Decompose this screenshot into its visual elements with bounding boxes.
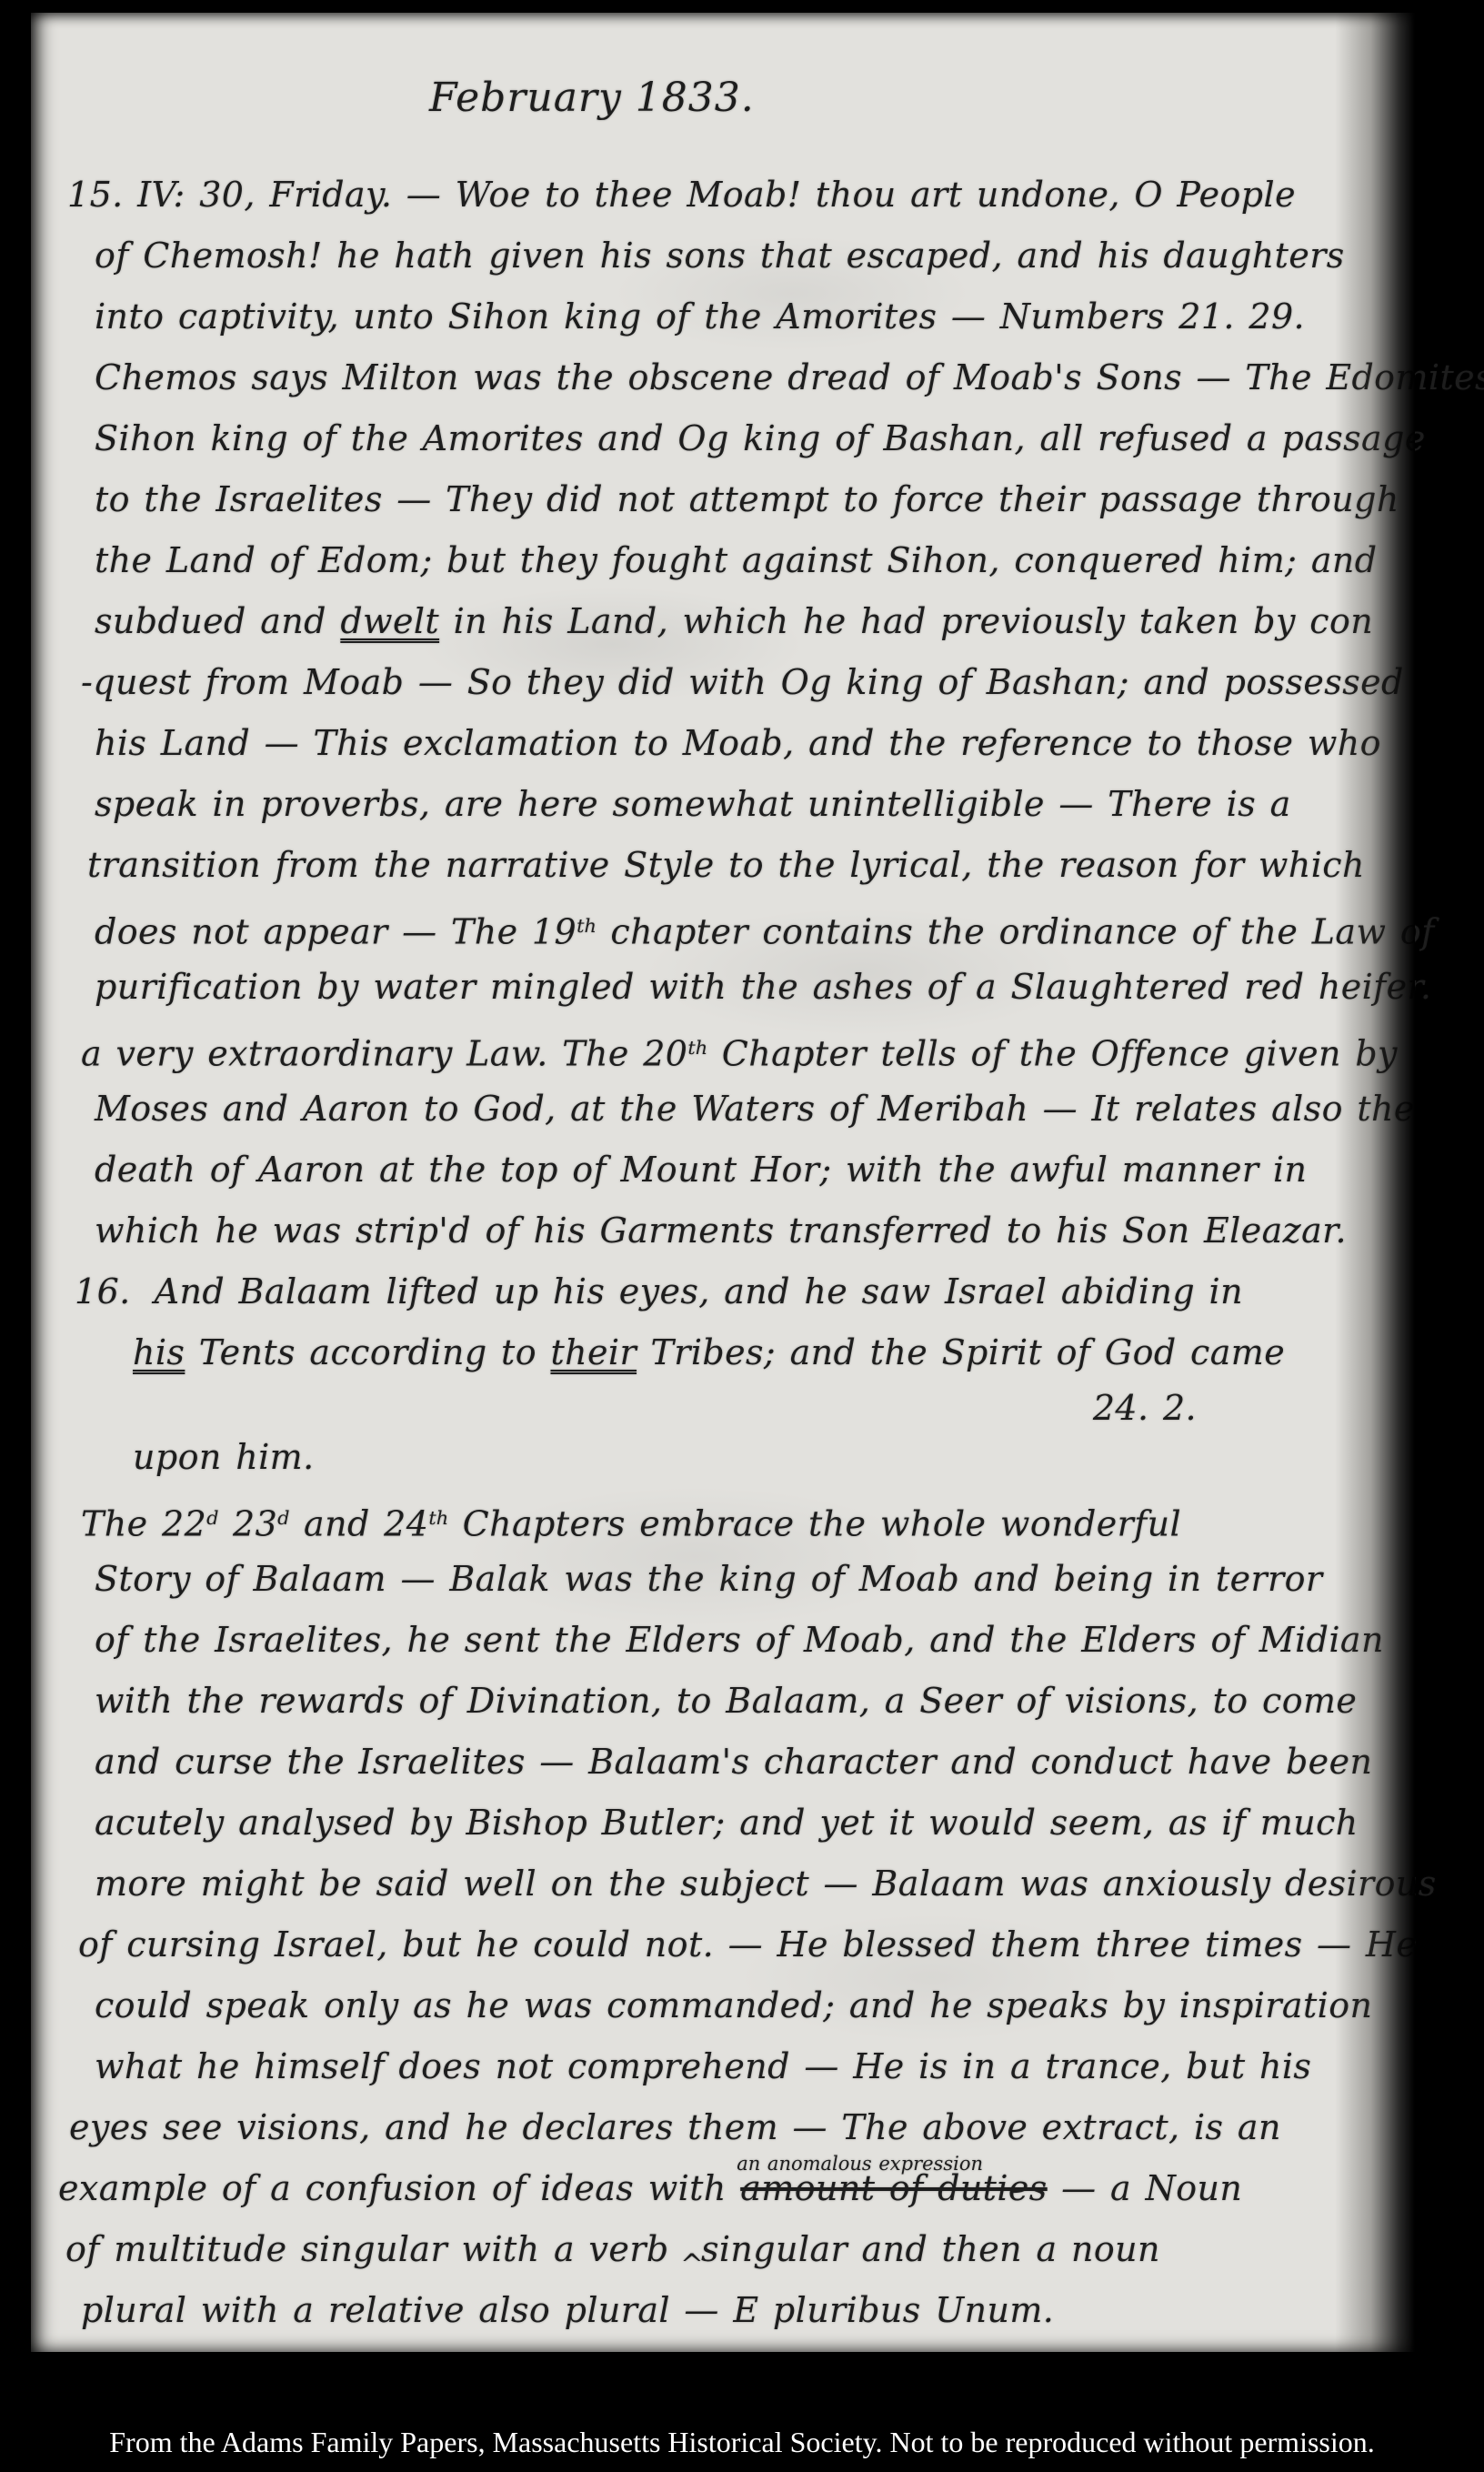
- manuscript-line: eyes see visions, and he declares them —…: [31, 2100, 1415, 2161]
- page-title: February 1833.: [429, 75, 1415, 126]
- segment-text: The 22: [81, 1504, 206, 1544]
- segment-sup: th: [428, 1507, 448, 1529]
- segment-text: -quest from Moab — So they did with Og k…: [81, 662, 1404, 702]
- segment-text: singular and then a noun: [701, 2229, 1160, 2269]
- manuscript-line: does not appear — The 19th chapter conta…: [31, 899, 1415, 960]
- page-gutter-shadow: [1335, 13, 1415, 2352]
- segment-text: Tents according to: [185, 1332, 550, 1372]
- segment-text: And Balaam lifted up his eyes, and he sa…: [155, 1271, 1243, 1311]
- manuscript-line: purification by water mingled with the a…: [31, 960, 1415, 1020]
- segment-text: example of a confusion of ideas with: [58, 2168, 740, 2208]
- segment-text: purification by water mingled with the a…: [95, 967, 1431, 1007]
- segment-text: and curse the Israelites — Balaam's char…: [95, 1742, 1372, 1782]
- segment-text: 24. 2.: [1093, 1388, 1197, 1428]
- segment-text: Tribes; and the Spirit of God came: [637, 1332, 1285, 1372]
- segment-text: of the Israelites, he sent the Elders of…: [95, 1620, 1384, 1660]
- manuscript-line: transition from the narrative Style to t…: [31, 838, 1415, 899]
- segment-sup: d: [206, 1507, 218, 1529]
- manuscript-line: could speak only as he was commanded; an…: [31, 1978, 1415, 2039]
- caption-bar: From the Adams Family Papers, Massachuse…: [0, 2412, 1484, 2472]
- manuscript-line: of the Israelites, he sent the Elders of…: [31, 1613, 1415, 1673]
- segment-text: Moses and Aaron to God, at the Waters of…: [95, 1089, 1415, 1129]
- segment-text: Chapter tells of the Offence given by: [707, 1034, 1398, 1074]
- manuscript-line: Story of Balaam — Balak was the king of …: [31, 1552, 1415, 1613]
- manuscript-line: and curse the Israelites — Balaam's char…: [31, 1734, 1415, 1795]
- segment-sup: d: [277, 1507, 289, 1529]
- manuscript-line: into captivity, unto Sihon king of the A…: [31, 289, 1415, 350]
- segment-text: with the rewards of Divination, to Balaa…: [95, 1681, 1357, 1721]
- segment-text: plural with a relative also plural — E p…: [81, 2290, 1054, 2330]
- segment-text: Sihon king of the Amorites and Og king o…: [95, 418, 1426, 458]
- segment-text: which he was strip'd of his Garments tra…: [95, 1211, 1347, 1251]
- manuscript-line: what he himself does not comprehend — He…: [31, 2039, 1415, 2100]
- segment-text: transition from the narrative Style to t…: [87, 845, 1365, 885]
- manuscript-line: 15. IV: 30, Friday. — Woe to thee Moab! …: [31, 167, 1415, 228]
- segment-text: to the Israelites — They did not attempt…: [95, 479, 1399, 519]
- manuscript-line: acutely analysed by Bishop Butler; and y…: [31, 1795, 1415, 1856]
- segment-text: subdued and: [95, 601, 340, 641]
- segment-text: could speak only as he was commanded; an…: [95, 1985, 1372, 2025]
- segment-text: chapter contains the ordinance of the La…: [597, 912, 1435, 952]
- segment-text: Story of Balaam — Balak was the king of …: [95, 1559, 1322, 1599]
- caption-text: From the Adams Family Papers, Massachuse…: [109, 2426, 1375, 2458]
- segment-text: in his Land, which he had previously tak…: [439, 601, 1373, 641]
- manuscript-line: to the Israelites — They did not attempt…: [31, 472, 1415, 533]
- segment-text: eyes see visions, and he declares them —…: [69, 2107, 1281, 2147]
- segment-u2: their: [550, 1332, 637, 1372]
- segment-text: of cursing Israel, but he could not. — H…: [78, 1924, 1417, 1965]
- segment-text: speak in proverbs, are here somewhat uni…: [95, 784, 1291, 824]
- manuscript-line: of multitude singular with a verb ^singu…: [31, 2222, 1415, 2283]
- manuscript-line: upon him.: [31, 1430, 1415, 1491]
- manuscript-line: subdued and dwelt in his Land, which he …: [31, 594, 1415, 655]
- manuscript-line: 16.And Balaam lifted up his eyes, and he…: [31, 1264, 1415, 1325]
- segment-text: upon him.: [133, 1437, 315, 1477]
- segment-text: a very extraordinary Law. The 20: [81, 1034, 687, 1074]
- segment-text: what he himself does not comprehend — He…: [95, 2046, 1311, 2086]
- manuscript-line: 24. 2.: [31, 1386, 1415, 1430]
- manuscript-line: Chemos says Milton was the obscene dread…: [31, 350, 1415, 411]
- manuscript-line: with the rewards of Divination, to Balaa…: [31, 1673, 1415, 1734]
- segment-mr: 16.: [75, 1271, 131, 1311]
- manuscript-line: Moses and Aaron to God, at the Waters of…: [31, 1081, 1415, 1142]
- segment-sup: th: [687, 1037, 707, 1059]
- manuscript-line: death of Aaron at the top of Mount Hor; …: [31, 1142, 1415, 1203]
- manuscript-line: more might be said well on the subject —…: [31, 1856, 1415, 1917]
- segment-text: death of Aaron at the top of Mount Hor; …: [95, 1150, 1307, 1190]
- manuscript-line: plural with a relative also plural — E p…: [31, 2283, 1415, 2344]
- manuscript-line: example of a confusion of ideas with an …: [31, 2161, 1415, 2222]
- segment-u2: dwelt: [340, 601, 439, 641]
- segment-text: Chemos says Milton was the obscene dread…: [95, 357, 1484, 397]
- segment-text: the Land of Edom; but they fought agains…: [95, 540, 1378, 580]
- manuscript-line: his Land — This exclamation to Moab, and…: [31, 716, 1415, 777]
- segment-text: does not appear — The 19: [95, 912, 577, 952]
- manuscript-line: speak in proverbs, are here somewhat uni…: [31, 777, 1415, 838]
- manuscript-lines: 15. IV: 30, Friday. — Woe to thee Moab! …: [31, 167, 1415, 2344]
- manuscript-line: of cursing Israel, but he could not. — H…: [31, 1917, 1415, 1978]
- manuscript-page: February 1833. 15. IV: 30, Friday. — Woe…: [31, 13, 1415, 2352]
- manuscript-line: -quest from Moab — So they did with Og k…: [31, 655, 1415, 716]
- segment-text: acutely analysed by Bishop Butler; and y…: [95, 1803, 1359, 1843]
- manuscript-line: his Tents according to their Tribes; and…: [31, 1325, 1415, 1386]
- manuscript-line: the Land of Edom; but they fought agains…: [31, 533, 1415, 594]
- segment-sup: th: [577, 915, 597, 937]
- segment-text: 23: [219, 1504, 278, 1544]
- manuscript-line: of Chemosh! he hath given his sons that …: [31, 228, 1415, 289]
- segment-text: into captivity, unto Sihon king of the A…: [95, 296, 1305, 337]
- manuscript-line: which he was strip'd of his Garments tra…: [31, 1203, 1415, 1264]
- segment-text: and 24: [290, 1504, 429, 1544]
- manuscript-line: The 22d 23d and 24th Chapters embrace th…: [31, 1491, 1415, 1552]
- segment-u2: his: [133, 1332, 185, 1372]
- manuscript-line: a very extraordinary Law. The 20th Chapt…: [31, 1020, 1415, 1081]
- segment-text: — a Noun: [1048, 2168, 1243, 2208]
- segment-text: of Chemosh! he hath given his sons that …: [95, 236, 1345, 276]
- manuscript-line: Sihon king of the Amorites and Og king o…: [31, 411, 1415, 472]
- segment-text: more might be said well on the subject —…: [95, 1864, 1437, 1904]
- segment-text: of multitude singular with a verb: [65, 2229, 683, 2269]
- segment-text: 15. IV: 30, Friday. — Woe to thee Moab! …: [67, 175, 1296, 215]
- segment-text: Chapters embrace the whole wonderful: [448, 1504, 1181, 1544]
- segment-text: his Land — This exclamation to Moab, and…: [95, 723, 1381, 763]
- segment-ins: an anomalous expression: [737, 2136, 983, 2191]
